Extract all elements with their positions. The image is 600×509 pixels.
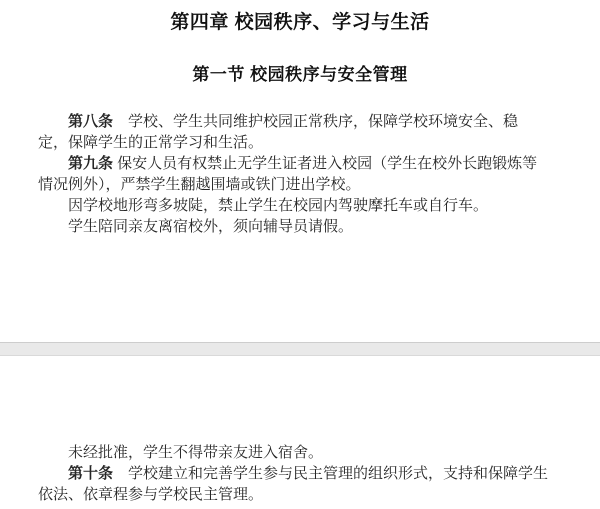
article-number: 第八条 [38,113,113,130]
line-text: 依法、依章程参与学校民主管理。 [38,486,263,503]
page-1-text-block: 第八条 学校、学生共同维护校园正常秩序，保障学校环境安全、稳 定，保障学生的正常… [38,111,570,237]
text-line: 第八条 学校、学生共同维护校园正常秩序，保障学校环境安全、稳 [38,111,570,132]
document-page-2: 未经批准，学生不得带亲友进入宿舍。 第十条 学校建立和完善学生参与民主管理的组织… [0,356,600,509]
text-line: 第九条 保安人员有权禁止无学生证者进入校园（学生在校外长跑锻炼等 [38,153,570,174]
section-title: 第一节 校园秩序与安全管理 [0,63,600,87]
text-line: 因学校地形弯多坡陡，禁止学生在校园内驾驶摩托车或自行车。 [38,195,570,216]
line-text: 学校建立和完善学生参与民主管理的组织形式，支持和保障学生 [113,465,548,482]
article-number: 第九条 [38,155,113,172]
page-break-gap [0,342,600,356]
line-text: 情况例外），严禁学生翻越围墙或铁门进出学校。 [38,176,361,193]
page-2-text-block: 未经批准，学生不得带亲友进入宿舍。 第十条 学校建立和完善学生参与民主管理的组织… [38,442,570,505]
line-text: 学生陪同亲友离宿校外，须向辅导员请假。 [38,218,353,235]
chapter-title: 第四章 校园秩序、学习与生活 [0,11,600,35]
document-viewer[interactable]: 第四章 校园秩序、学习与生活 第一节 校园秩序与安全管理 第八条 学校、学生共同… [0,0,600,509]
text-line: 定，保障学生的正常学习和生活。 [38,132,570,153]
line-text: 未经批准，学生不得带亲友进入宿舍。 [38,444,323,461]
text-line: 第十条 学校建立和完善学生参与民主管理的组织形式，支持和保障学生 [38,463,570,484]
line-text: 学校、学生共同维护校园正常秩序，保障学校环境安全、稳 [113,113,518,130]
document-page-1: 第四章 校园秩序、学习与生活 第一节 校园秩序与安全管理 第八条 学校、学生共同… [0,0,600,342]
line-text: 定，保障学生的正常学习和生活。 [38,134,263,151]
line-text: 因学校地形弯多坡陡，禁止学生在校园内驾驶摩托车或自行车。 [38,197,488,214]
text-line: 情况例外），严禁学生翻越围墙或铁门进出学校。 [38,174,570,195]
text-line: 依法、依章程参与学校民主管理。 [38,484,570,505]
text-line: 未经批准，学生不得带亲友进入宿舍。 [38,442,570,463]
text-line: 学生陪同亲友离宿校外，须向辅导员请假。 [38,216,570,237]
article-number: 第十条 [38,465,113,482]
line-text: 保安人员有权禁止无学生证者进入校园（学生在校外长跑锻炼等 [113,155,537,172]
